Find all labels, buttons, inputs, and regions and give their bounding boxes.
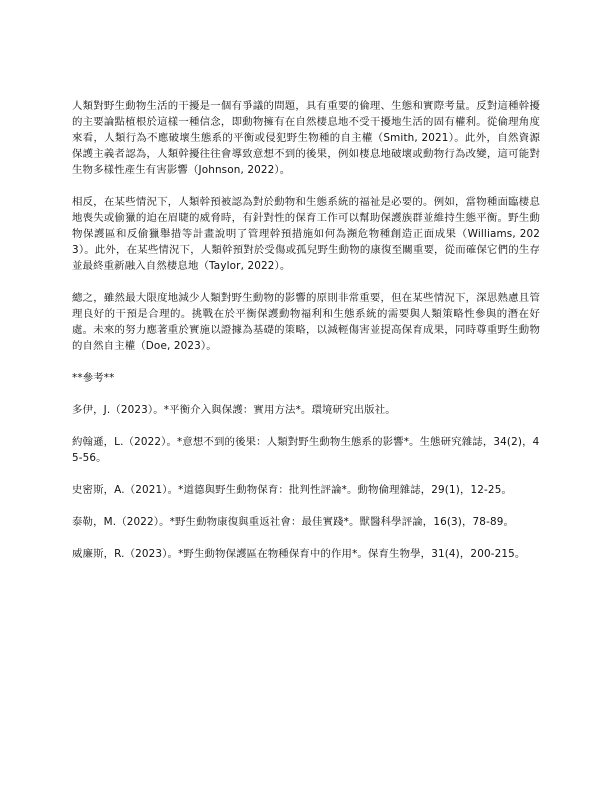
reference-item: 約翰遜，L.（2022）。*意想不到的後果：人類對野生動物生態系的影響*。生態研… (72, 434, 540, 466)
paragraph-counterpoint: 相反，在某些情況下，人類幹預被認為對於動物和生態系統的福祉是必要的。例如，當物種… (72, 194, 540, 274)
paragraph-conclusion: 總之，雖然最大限度地減少人類對野生動物的影響的原則非常重要，但在某些情況下，深思… (72, 290, 540, 354)
reference-item: 泰勒，M.（2022）。*野生動物康復與重返社會：最佳實踐*。獸醫科學評論，16… (72, 514, 540, 530)
reference-item: 多伊，J.（2023）。*平衡介入與保護：實用方法*。環境研究出版社。 (72, 402, 540, 418)
reference-item: 史密斯，A.（2021）。*道德與野生動物保育：批判性評論*。動物倫理雜誌，29… (72, 482, 540, 498)
paragraph-intro: 人類對野生動物生活的干擾是一個有爭議的問題，具有重要的倫理、生態和實際考量。反對… (72, 98, 540, 178)
references-heading: **參考** (72, 370, 540, 386)
reference-item: 威廉斯，R.（2023）。*野生動物保護區在物種保育中的作用*。保育生物學，31… (72, 546, 540, 562)
document-page: 人類對野生動物生活的干擾是一個有爭議的問題，具有重要的倫理、生態和實際考量。反對… (72, 98, 540, 578)
